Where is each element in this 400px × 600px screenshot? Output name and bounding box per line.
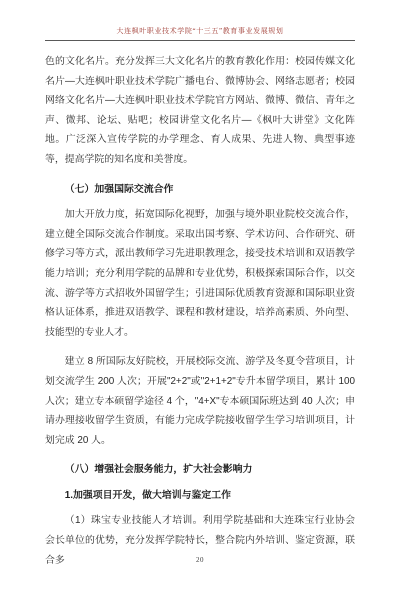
paragraph-culture-cards-continued: 色的文化名片。充分发挥三大文化名片的教育教化作用：校园传媒文化名片—大连枫叶职业… <box>45 52 355 170</box>
document-body: 色的文化名片。充分发挥三大文化名片的教育教化作用：校园传媒文化名片—大连枫叶职业… <box>45 52 355 570</box>
page-number: 20 <box>196 556 204 564</box>
heading-section-7: （七）加强国际交流合作 <box>45 180 355 200</box>
paragraph-international-exchange: 加大开放力度，拓宽国际化视野，加强与境外职业院校交流合作，建立健全国际交流合作制… <box>45 205 355 342</box>
page-header: 大连枫叶职业技术学院“十三五”教育事业发展规划 <box>45 26 355 41</box>
paragraph-international-targets: 建立 8 所国际友好院校，开展校际交流、游学及冬夏令营项目，计划交流学生 200… <box>45 352 355 450</box>
document-page: 大连枫叶职业技术学院“十三五”教育事业发展规划 色的文化名片。充分发挥三大文化名… <box>0 0 400 600</box>
header-title: 大连枫叶职业技术学院“十三五”教育事业发展规划 <box>45 26 355 36</box>
heading-section-8: （八）增强社会服务能力，扩大社会影响力 <box>45 460 355 480</box>
subheading-project-development: 1.加强项目开发，做大培训与鉴定工作 <box>45 486 355 506</box>
page-footer: 20 <box>0 549 400 567</box>
